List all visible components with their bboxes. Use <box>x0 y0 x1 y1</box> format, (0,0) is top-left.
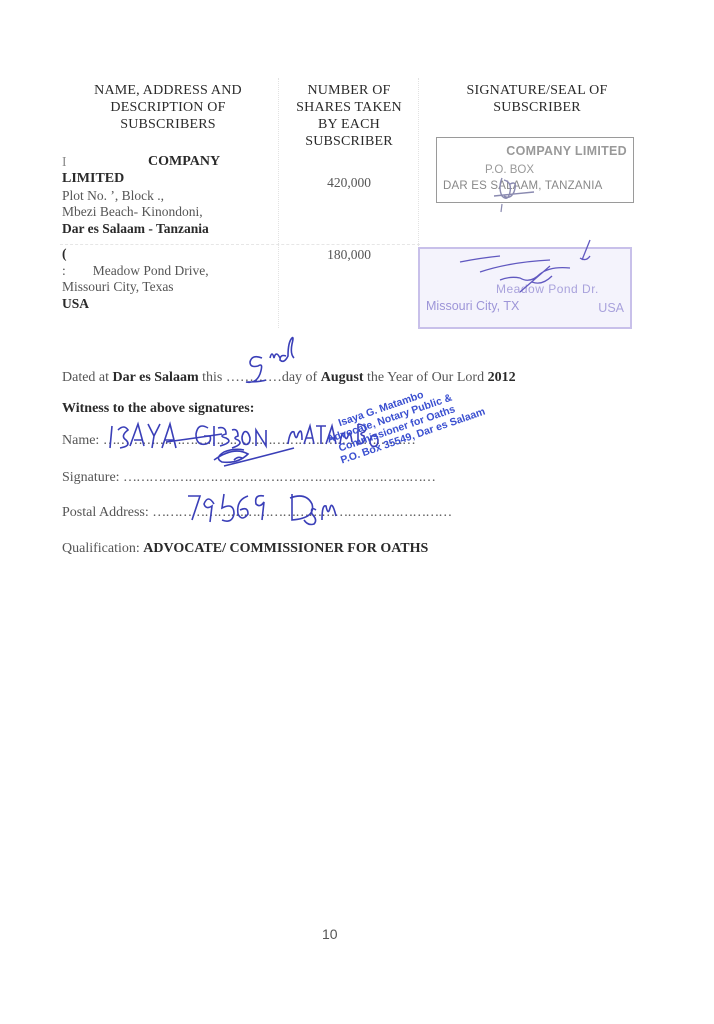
qualification-row: Qualification: ADVOCATE/ COMMISSIONER FO… <box>62 541 428 558</box>
row-divider <box>60 244 420 245</box>
company-seal-stamp: COMPANY LIMITED P.O. BOX DAR ES SALAAM, … <box>436 137 634 203</box>
subscriber-1: I COMPANY LIMITED Plot No. ʼ, Block ., M… <box>62 154 276 237</box>
witness-heading: Witness to the above signatures: <box>62 401 254 417</box>
shares-2: 180,000 <box>282 247 416 263</box>
witness-signature-row: Signature: ……………………………………………………………… <box>62 470 435 487</box>
header-signature: SIGNATURE/SEAL OF SUBSCRIBER <box>430 82 644 116</box>
witness-postal-field: …………………………………………………………… <box>152 505 451 520</box>
notary-stamp: Isaya G. Matambo Advocate, Notary Public… <box>316 350 549 470</box>
witness-signature-field: ……………………………………………………………… <box>123 470 435 485</box>
page-number: 10 <box>322 926 338 942</box>
subscriber-2: ( : Meadow Pond Drive, Missouri City, Te… <box>62 246 276 312</box>
shares-1: 420,000 <box>282 175 416 191</box>
witness-postal-row: Postal Address: …………………………………………………………… <box>62 505 451 522</box>
header-subscribers: NAME, ADDRESS AND DESCRIPTION OF SUBSCRI… <box>62 82 274 133</box>
header-shares: NUMBER OF SHARES TAKEN BY EACH SUBSCRIBE… <box>282 82 416 150</box>
column-divider <box>278 78 279 328</box>
subscriber-2-seal-stamp: Meadow Pond Dr. Missouri City, TX USA <box>418 247 632 329</box>
